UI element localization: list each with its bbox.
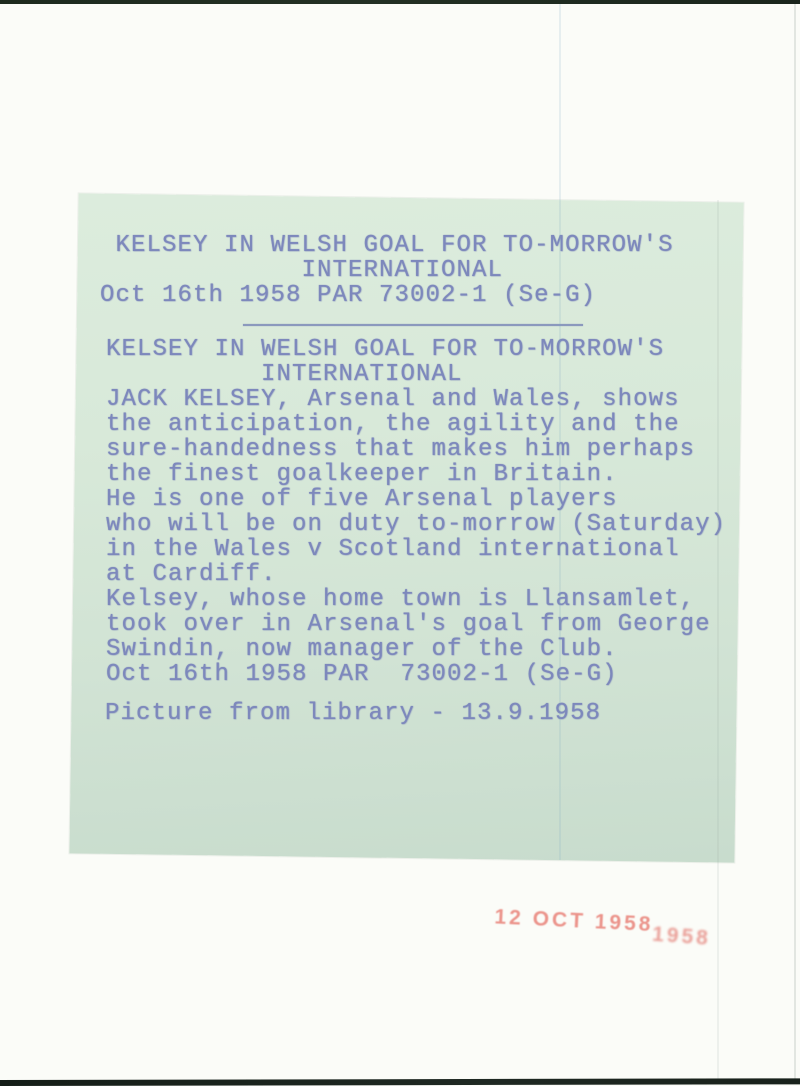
date-stamp: 12 OCT 1958 12 OCT 1958 — [493, 905, 685, 954]
date-stamp-text: 12 OCT 1958 — [494, 905, 654, 937]
date-stamp-smudge: 12 OCT 1958 — [551, 915, 711, 951]
typed-header: KELSEY IN WELSH GOAL FOR TO-MORROW'S INT… — [100, 233, 674, 308]
typed-divider — [243, 324, 583, 326]
scan-line — [794, 4, 796, 1080]
typed-body: KELSEY IN WELSH GOAL FOR TO-MORROW'S INT… — [106, 337, 726, 687]
library-note: Picture from library - 13.9.1958 — [105, 701, 601, 726]
photo-edge-top — [0, 0, 800, 4]
photo-edge-bottom — [0, 1078, 800, 1086]
